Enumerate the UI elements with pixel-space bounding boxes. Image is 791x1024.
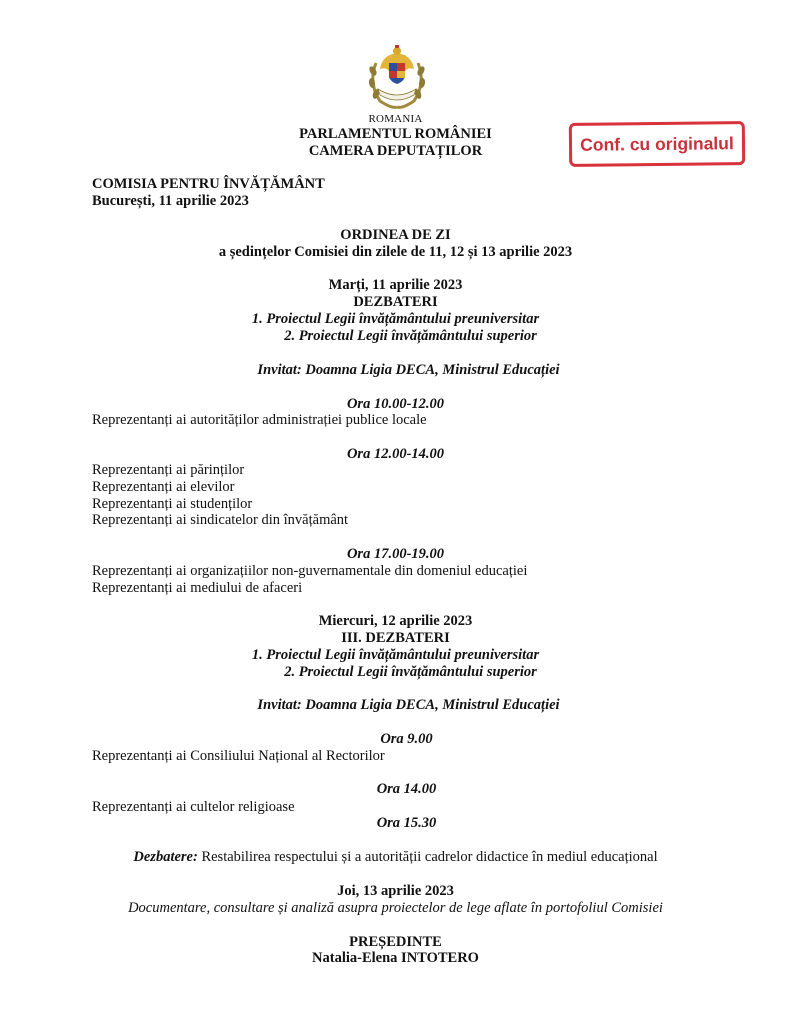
day2-slot2-time: Ora 14.00 xyxy=(0,781,791,798)
day2-slot1-time: Ora 9.00 xyxy=(0,731,791,748)
signature-role: PREȘEDINTE xyxy=(0,934,791,951)
day1-slot2-line: Reprezentanți ai studenților xyxy=(92,496,252,513)
day1-slot2-line: Reprezentanți ai elevilor xyxy=(92,479,235,496)
place-date: București, 11 aprilie 2023 xyxy=(92,193,249,210)
day1-slot3-time: Ora 17.00-19.00 xyxy=(0,546,791,563)
day2-guest: Invitat: Doamna Ligia DECA, Ministrul Ed… xyxy=(0,697,791,714)
day1-item-1: 1. Proiectul Legii învățământului preuni… xyxy=(0,311,791,328)
certified-copy-stamp: Conf. cu originalul xyxy=(569,121,745,167)
agenda-subtitle: a ședințelor Comisiei din zilele de 11, … xyxy=(0,244,791,261)
signature-name: Natalia-Elena INTOTERO xyxy=(0,950,791,967)
debate-text: Restabilirea respectului și a autorități… xyxy=(198,849,658,865)
day1-slot1-time: Ora 10.00-12.00 xyxy=(0,396,791,413)
day2-slot3-time: Ora 15.30 xyxy=(0,815,791,832)
day2-debate: Dezbatere: Restabilirea respectului și a… xyxy=(0,849,791,866)
day1-slot3-line: Reprezentanți ai organizațiilor non-guve… xyxy=(92,563,527,580)
day2-slot1-line: Reprezentanți ai Consiliului Național al… xyxy=(92,748,385,765)
day1-slot1-line: Reprezentanți ai autorităților administr… xyxy=(92,412,427,429)
day1-item-2: 2. Proiectul Legii învățământului superi… xyxy=(0,328,791,345)
day2-slot2-line: Reprezentanți ai cultelor religioase xyxy=(92,799,295,816)
day1-section: DEZBATERI xyxy=(0,294,791,311)
day3-description: Documentare, consultare și analiză asupr… xyxy=(0,900,791,917)
day2-date: Miercuri, 12 aprilie 2023 xyxy=(0,613,791,630)
day1-slot2-time: Ora 12.00-14.00 xyxy=(0,446,791,463)
day1-slot3-line: Reprezentanți ai mediului de afaceri xyxy=(92,580,302,597)
coat-of-arms-icon xyxy=(362,43,432,113)
day2-item-1: 1. Proiectul Legii învățământului preuni… xyxy=(0,647,791,664)
day3-date: Joi, 13 aprilie 2023 xyxy=(0,883,791,900)
day2-section: III. DEZBATERI xyxy=(0,630,791,647)
day1-guest: Invitat: Doamna Ligia DECA, Ministrul Ed… xyxy=(0,362,791,379)
day1-slot2-line: Reprezentanți ai părinților xyxy=(92,462,244,479)
day1-date: Marți, 11 aprilie 2023 xyxy=(0,277,791,294)
day2-item-2: 2. Proiectul Legii învățământului superi… xyxy=(0,664,791,681)
debate-label: Dezbatere: xyxy=(133,849,197,865)
agenda-title: ORDINEA DE ZI xyxy=(0,227,791,244)
day1-slot2-line: Reprezentanți ai sindicatelor din învăță… xyxy=(92,512,348,529)
committee-name: COMISIA PENTRU ÎNVĂȚĂMÂNT xyxy=(92,176,325,193)
